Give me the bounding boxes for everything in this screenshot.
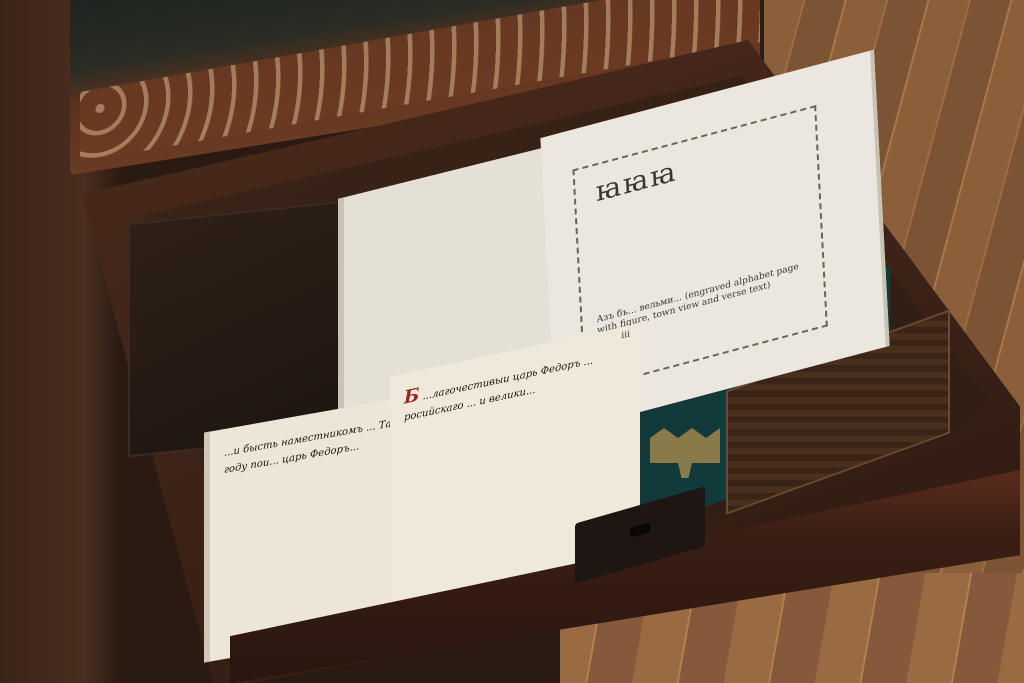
right-page-body: ...лагочестивыи царь Федоръ ... росийска… [404, 355, 593, 423]
page-number: ііі [621, 330, 630, 342]
keyhole-icon [630, 522, 650, 538]
red-initial: Б [404, 384, 419, 408]
photo-scene: ꙗꙗꙗ Азъ бъ... вельми... (engraved alphab… [0, 0, 1024, 683]
engraving-title: ꙗꙗꙗ [595, 154, 678, 208]
